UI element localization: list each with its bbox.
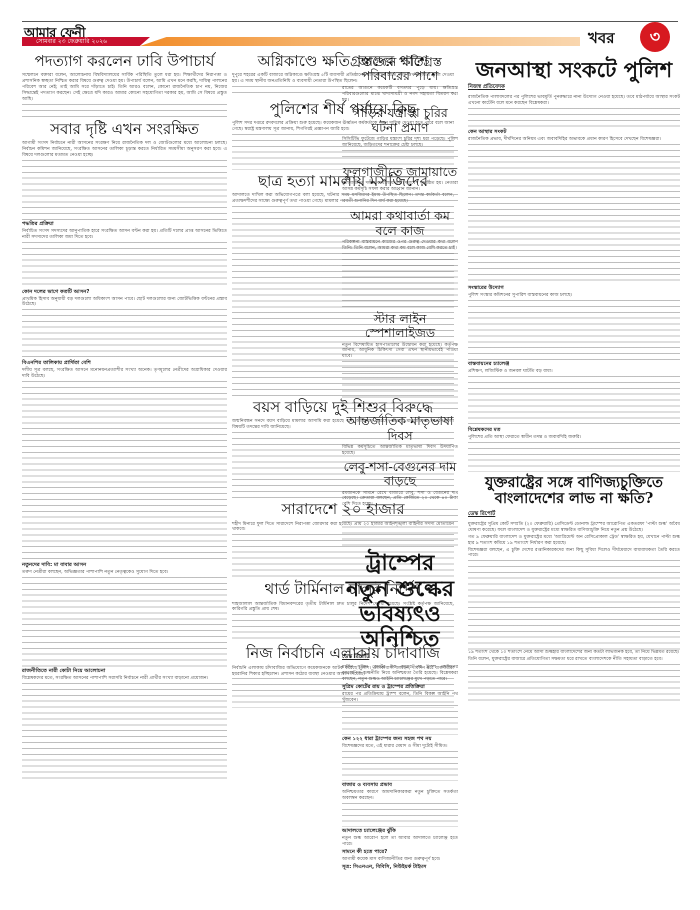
headline[interactable]: আন্তর্জাতিক মাতৃভাষা দিবস — [342, 414, 458, 443]
subheading: কোন দলের ভাগে কতটি আসন? — [22, 289, 227, 297]
article[interactable]: আমরা কথাবার্তা কম বলে কাজ পরিকল্পনা বাস্… — [342, 209, 458, 309]
article[interactable]: আন্তর্জাতিক মাতৃভাষা দিবস বিভিন্ন কর্মসূ… — [342, 414, 458, 457]
byline: নিজস্ব প্রতিবেদক — [468, 84, 680, 92]
subheading: পদ্ধতির প্রক্রিয়া — [22, 221, 227, 229]
article-body: সম্মেলনে বক্তারা বলেন, আলোচনায় বিশ্ববিদ… — [22, 73, 227, 103]
article[interactable]: স্টার লাইন স্পেশালাইজড নতুন বিশেষায়িত হ… — [342, 312, 458, 411]
article[interactable]: লেবু-শসা-বেগুনের দাম বাড়ছে রমজানকে সামন… — [342, 460, 458, 547]
accent-band — [140, 37, 580, 46]
headline[interactable]: আগুনে ক্ষতিগ্রস্ত পরিবারের পাশে — [342, 55, 458, 84]
article[interactable]: ফুলগাজীতে জামায়াতে ফুলগাজীতে দলীয় কার্… — [342, 165, 458, 206]
column-1: পদত্যাগ করলেন ঢাবি উপাচার্য সম্মেলনে বক্… — [22, 50, 227, 783]
issue-date: সোমবার ২৩ ফেব্রুয়ারি ২০২৬ — [36, 37, 107, 46]
column-3-articles: আগুনে ক্ষতিগ্রস্ত পরিবারের পাশে রাতের আগ… — [342, 52, 458, 872]
headline[interactable]: ট্রাম্পের নতুন শুল্কের ভবিষ্যৎও অনিশ্চিত — [342, 551, 458, 652]
date-band: সোমবার ২৩ ফেব্রুয়ারি ২০২৬ — [22, 37, 150, 46]
headline[interactable]: পদত্যাগ করলেন ঢাবি উপাচার্য — [22, 53, 227, 70]
article[interactable]: ট্রাম্পের নতুন শুল্কের ভবিষ্যৎও অনিশ্চিত… — [342, 551, 458, 872]
page-number-badge: ৩ — [640, 22, 670, 52]
subheading: সংস্কারের উদ্যোগ — [468, 285, 680, 293]
article[interactable]: যুক্তরাষ্ট্রের সঙ্গে বাণিজ্যচুক্তিতে বাং… — [468, 475, 680, 705]
column-4: জনআস্থা সংকটে পুলিশ নিজস্ব প্রতিবেদক রাজ… — [468, 54, 680, 704]
section-label: খবর — [588, 27, 614, 52]
article-body: আগামী সংসদ নির্বাচনে নারী আসনের সংরক্ষণ … — [22, 141, 227, 159]
headline[interactable]: আমরা কথাবার্তা কম বলে কাজ — [342, 209, 458, 238]
headline[interactable]: সবার দৃষ্টি এখন সংরক্ষিত — [22, 121, 227, 138]
headline[interactable]: লেবু-শসা-বেগুনের দাম বাড়ছে — [342, 460, 458, 489]
top-rule — [22, 21, 678, 22]
article[interactable]: সবার দৃষ্টি এখন সংরক্ষিত আগামী সংসদ নির্… — [22, 121, 227, 783]
headline[interactable]: যুক্তরাষ্ট্রের সঙ্গে বাণিজ্যচুক্তিতে বাং… — [468, 475, 680, 508]
headline[interactable]: স্টার লাইন স্পেশালাইজড — [342, 312, 458, 341]
byline: ডেস্ক রিপোর্ট — [468, 511, 680, 519]
subheading: নতুনদের দাবি: মা বাবার আসন — [22, 562, 227, 570]
headline[interactable]: ফুলগাজীতে জামায়াতে — [342, 165, 458, 179]
subheading: সামনে কী হতে পারে? — [342, 849, 458, 857]
article-source: সূত্র: সিএনএন, বিবিসি, নিউইয়র্ক টাইমস — [342, 864, 458, 872]
article[interactable]: জনআস্থা সংকটে পুলিশ নিজস্ব প্রতিবেদক রাজ… — [468, 58, 680, 472]
byline: ডেস্ক রিপোর্ট — [342, 654, 458, 662]
subheading: সুপ্রিম কোর্টের রায় ও ট্রাম্পের প্রতিক্… — [342, 684, 458, 692]
subheading: আদালতে চ্যালেঞ্জের ঝুঁকি — [342, 828, 458, 836]
headline[interactable]: গাড়ির যন্ত্রাংশ চুরির ঘটনা প্রমাণ — [342, 106, 458, 135]
subheading: কেন আস্থার সংকট — [468, 129, 680, 137]
subheading: রাজনীতিতে নারী কোটা নিয়ে আলোচনা — [22, 668, 227, 676]
subheading: কেন ১২২ ধারা ট্রাম্পের জন্য সহজ পথ নয় — [342, 736, 458, 744]
article[interactable]: গাড়ির যন্ত্রাংশ চুরির ঘটনা প্রমাণ সিসিট… — [342, 106, 458, 162]
subheading: বাজার ও ব্যবসায় প্রভাব — [342, 782, 458, 790]
article[interactable]: আগুনে ক্ষতিগ্রস্ত পরিবারের পাশে রাতের আগ… — [342, 55, 458, 103]
subheading: বাস্তবায়নের চ্যালেঞ্জ — [468, 361, 680, 369]
subheading: বিশ্লেষকদের মত — [468, 427, 680, 435]
newspaper-page: আমার ফেনী সোমবার ২৩ ফেব্রুয়ারি ২০২৬ খবর… — [0, 0, 700, 910]
lead-headline[interactable]: জনআস্থা সংকটে পুলিশ — [468, 58, 680, 82]
article[interactable]: পদত্যাগ করলেন ঢাবি উপাচার্য সম্মেলনে বক্… — [22, 53, 227, 118]
